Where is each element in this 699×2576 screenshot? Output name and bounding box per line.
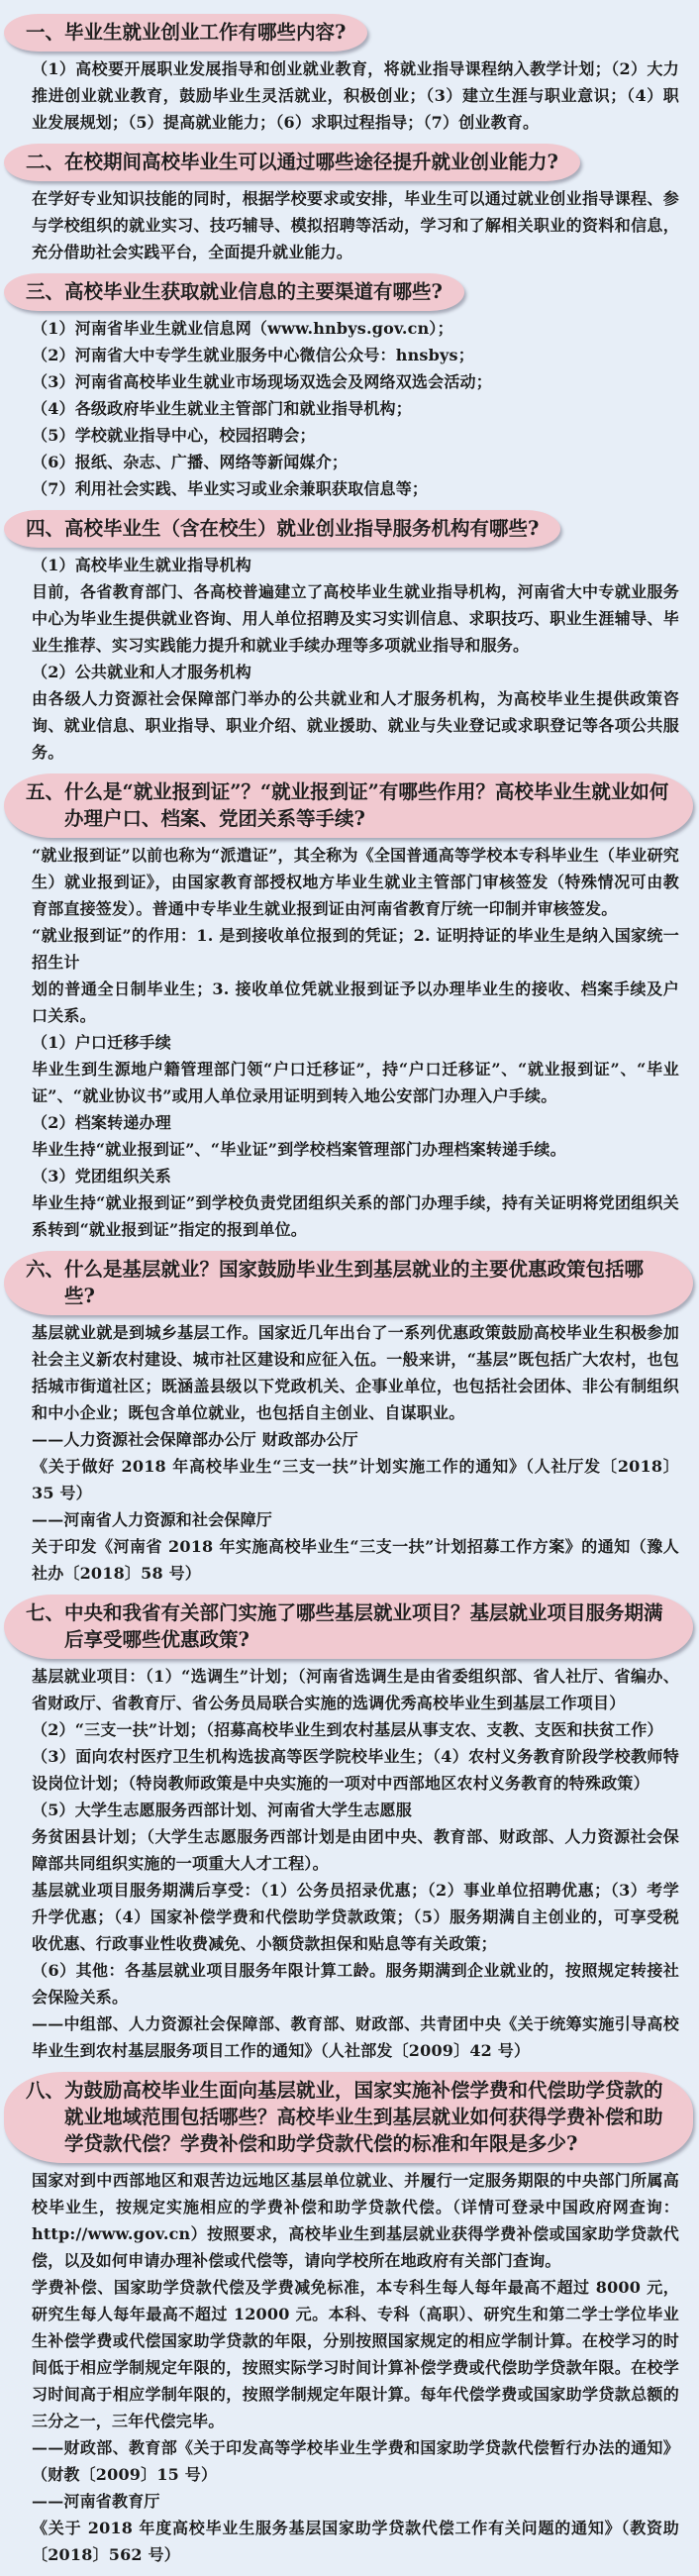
question-heading: 八、为鼓励高校毕业生面向基层就业，国家实施补偿学费和代偿助学贷款的就业地域范围包… (4, 2072, 693, 2163)
source-citation: ——财政部、教育部《关于印发高等学校毕业生学费和国家助学贷款代偿暂行办法的通知》… (32, 2434, 679, 2488)
question-heading: 七、中央和我省有关部门实施了哪些基层就业项目？基层就业项目服务期满后享受哪些优惠… (4, 1595, 693, 1659)
source-issuer: ——人力资源社会保障部办公厅 财政部办公厅 (32, 1426, 679, 1453)
source-issuer: ——河南省人力资源和社会保障厅 (32, 1506, 679, 1533)
faq-section-7: 七、中央和我省有关部门实施了哪些基层就业项目？基层就业项目服务期满后享受哪些优惠… (4, 1589, 693, 2064)
answer-paragraph: “就业报到证”以前也称为“派遣证”，其全称为《全国普通高等学校本专科毕业生（毕业… (32, 842, 679, 922)
answer-paragraph: （6）其他：各基层就业项目服务年限计算工龄。服务期满到企业就业的，按照规定转接社… (32, 1957, 679, 2010)
answer-paragraph: 基层就业项目：（1）“选调生”计划；（河南省选调生是由省委组织部、省人社厅、省编… (32, 1663, 679, 1716)
question-heading: 二、在校期间高校毕业生可以通过哪些途径提升就业创业能力? (4, 144, 580, 181)
question-heading: 四、高校毕业生（含在校生）就业创业指导服务机构有哪些? (4, 510, 560, 548)
question-heading: 一、毕业生就业创业工作有哪些内容? (4, 14, 367, 52)
faq-section-1: 一、毕业生就业创业工作有哪些内容? （1）高校要开展职业发展指导和创业就业教育，… (4, 8, 693, 136)
subheading: （1）高校毕业生就业指导机构 (32, 552, 679, 578)
answer-paragraph: （3）面向农村医疗卫生机构选拔高等医学院校毕业生；（4）农村义务教育阶段学校教师… (32, 1743, 679, 1797)
answer-paragraph: 划的普通全日制毕业生；3. 接收单位凭就业报到证予以办理毕业生的接收、档案手续及… (32, 976, 679, 1029)
channel-item: （2）河南省大中专学生就业服务中心微信公众号：hnsbys； (32, 342, 679, 368)
answer-paragraph: （5）大学生志愿服务西部计划、河南省大学生志愿服 (32, 1797, 679, 1823)
channel-item: （6）报纸、杂志、广播、网络等新闻媒介； (32, 449, 679, 475)
question-heading: 六、什么是基层就业？国家鼓励毕业生到基层就业的主要优惠政策包括哪些? (4, 1251, 693, 1315)
channel-item: （4）各级政府毕业生就业主管部门和就业指导机构； (32, 395, 679, 422)
channel-item: （1）河南省毕业生就业信息网（www.hnbys.gov.cn）； (32, 315, 679, 342)
question-heading: 三、高校毕业生获取就业信息的主要渠道有哪些? (4, 273, 464, 311)
channel-item: （3）河南省高校毕业生就业市场现场双选会及网络双选会活动； (32, 368, 679, 395)
answer-paragraph: 毕业生持“就业报到证”、“毕业证”到学校档案管理部门办理档案转递手续。 (32, 1136, 679, 1163)
answer-paragraph: 由各级人力资源社会保障部门举办的公共就业和人才服务机构，为高校毕业生提供政策咨询… (32, 685, 679, 766)
answer-body: 基层就业项目：（1）“选调生”计划；（河南省选调生是由省委组织部、省人社厅、省编… (4, 1663, 693, 2064)
subheading: （1）户口迁移手续 (32, 1029, 679, 1056)
answer-paragraph: 务贫困县计划；（大学生志愿服务西部计划是由团中央、教育部、财政部、人力资源社会保… (32, 1823, 679, 1877)
answer-body: 国家对到中西部地区和艰苦边远地区基层单位就业、并履行一定服务期限的中央部门所属高… (4, 2167, 693, 2568)
channel-item: （5）学校就业指导中心，校园招聘会； (32, 422, 679, 449)
answer-body: （1）高校要开展职业发展指导和创业就业教育，将就业指导课程纳入教学计划；（2）大… (4, 55, 693, 136)
source-document: 《关于 2018 年度高校毕业生服务基层国家助学贷款代偿工作有关问题的通知》（教… (32, 2515, 679, 2568)
answer-paragraph: 毕业生持“就业报到证”到学校负责党团组织关系的部门办理手续，持有关证明将党团组织… (32, 1189, 679, 1243)
answer-body: 在学好专业知识技能的同时，根据学校要求或安排，毕业生可以通过就业创业指导课程、参… (4, 185, 693, 265)
answer-body: “就业报到证”以前也称为“派遣证”，其全称为《全国普通高等学校本专科毕业生（毕业… (4, 842, 693, 1243)
subheading: （2）公共就业和人才服务机构 (32, 659, 679, 685)
source-document: 关于印发《河南省 2018 年实施高校毕业生“三支一扶”计划招募工作方案》的通知… (32, 1533, 679, 1587)
source-issuer: ——河南省教育厅 (32, 2488, 679, 2515)
answer-paragraph: 在学好专业知识技能的同时，根据学校要求或安排，毕业生可以通过就业创业指导课程、参… (32, 185, 679, 265)
answer-body: 基层就业就是到城乡基层工作。国家近几年出台了一系列优惠政策鼓励高校毕业生积极参加… (4, 1319, 693, 1587)
faq-section-5: 五、什么是“就业报到证”？“就业报到证”有哪些作用？高校毕业生就业如何办理户口、… (4, 768, 693, 1243)
subheading: （3）党团组织关系 (32, 1163, 679, 1189)
answer-paragraph: 学费补偿、国家助学贷款代偿及学费减免标准，本专科生每人每年最高不超过 8000 … (32, 2274, 679, 2434)
answer-paragraph: 目前，各省教育部门、各高校普遍建立了高校毕业生就业指导机构，河南省大中专就业服务… (32, 578, 679, 659)
faq-section-6: 六、什么是基层就业？国家鼓励毕业生到基层就业的主要优惠政策包括哪些? 基层就业就… (4, 1245, 693, 1587)
subheading: （2）档案转递办理 (32, 1109, 679, 1136)
answer-body: （1）河南省毕业生就业信息网（www.hnbys.gov.cn）； （2）河南省… (4, 315, 693, 502)
answer-paragraph: （1）高校要开展职业发展指导和创业就业教育，将就业指导课程纳入教学计划；（2）大… (32, 55, 679, 136)
answer-paragraph: “就业报到证”的作用：1. 是到接收单位报到的凭证；2. 证明持证的毕业生是纳入… (32, 922, 679, 976)
source-citation: ——中组部、人力资源社会保障部、教育部、财政部、共青团中央《关于统筹实施引导高校… (32, 2010, 679, 2064)
answer-body: （1）高校毕业生就业指导机构 目前，各省教育部门、各高校普遍建立了高校毕业生就业… (4, 552, 693, 766)
answer-paragraph: 国家对到中西部地区和艰苦边远地区基层单位就业、并履行一定服务期限的中央部门所属高… (32, 2167, 679, 2274)
answer-paragraph: （2）“三支一扶”计划；（招募高校毕业生到农村基层从事支农、支教、支医和扶贫工作… (32, 1716, 679, 1743)
faq-section-4: 四、高校毕业生（含在校生）就业创业指导服务机构有哪些? （1）高校毕业生就业指导… (4, 504, 693, 766)
answer-paragraph: 毕业生到生源地户籍管理部门领“户口迁移证”，持“户口迁移证”、“就业报到证”、“… (32, 1056, 679, 1109)
source-document: 《关于做好 2018 年高校毕业生“三支一扶”计划实施工作的通知》（人社厅发〔2… (32, 1453, 679, 1506)
faq-section-3: 三、高校毕业生获取就业信息的主要渠道有哪些? （1）河南省毕业生就业信息网（ww… (4, 267, 693, 502)
faq-section-2: 二、在校期间高校毕业生可以通过哪些途径提升就业创业能力? 在学好专业知识技能的同… (4, 138, 693, 265)
faq-document: 一、毕业生就业创业工作有哪些内容? （1）高校要开展职业发展指导和创业就业教育，… (0, 0, 699, 2576)
question-heading: 五、什么是“就业报到证”？“就业报到证”有哪些作用？高校毕业生就业如何办理户口、… (4, 773, 693, 838)
channel-item: （7）利用社会实践、毕业实习或业余兼职获取信息等； (32, 475, 679, 502)
answer-paragraph: 基层就业就是到城乡基层工作。国家近几年出台了一系列优惠政策鼓励高校毕业生积极参加… (32, 1319, 679, 1426)
answer-paragraph: 基层就业项目服务期满后享受：（1）公务员招录优惠；（2）事业单位招聘优惠；（3）… (32, 1877, 679, 1957)
faq-section-8: 八、为鼓励高校毕业生面向基层就业，国家实施补偿学费和代偿助学贷款的就业地域范围包… (4, 2066, 693, 2568)
